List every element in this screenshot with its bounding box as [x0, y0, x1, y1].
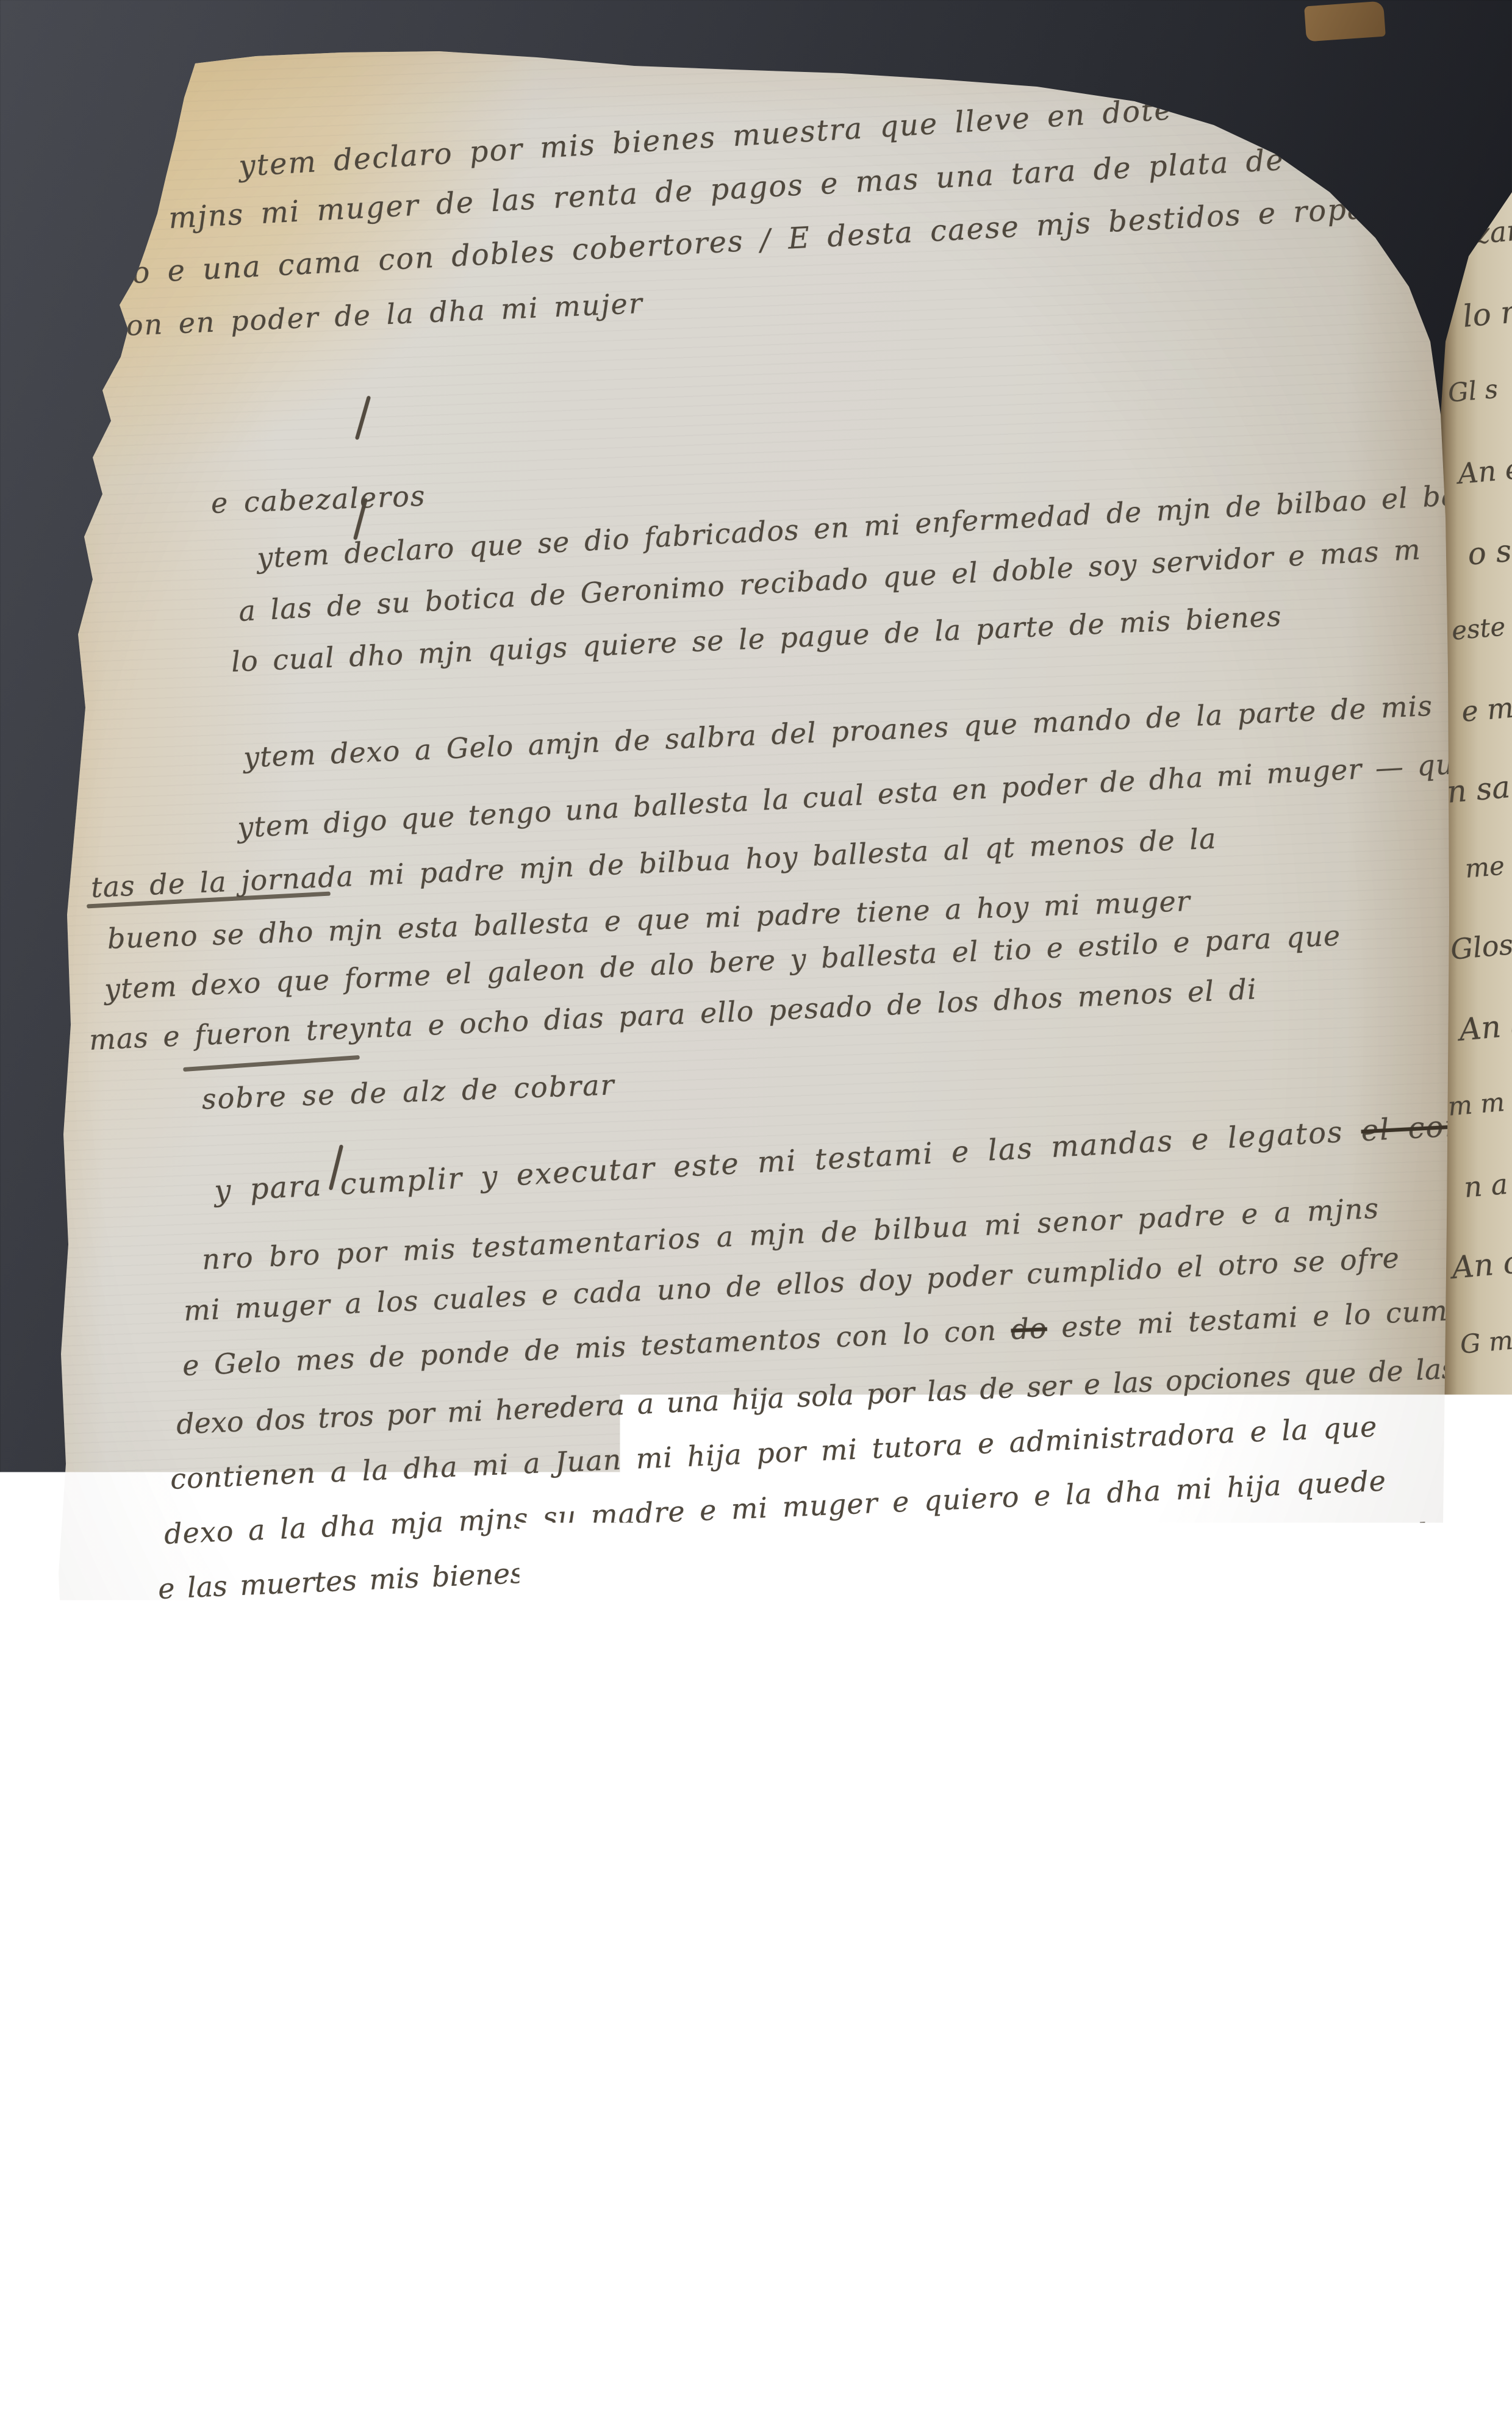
facing-page-text-fragment: Glos	[1449, 928, 1512, 966]
red-ink-speck	[637, 2, 665, 13]
struck-text: bas os	[1132, 1866, 1231, 1904]
manuscript-page: mjn de burbua ytem declaro por mis biene…	[0, 0, 1512, 2419]
margin-strike-mark	[183, 1055, 360, 1072]
facing-page-text-fragment: op mj	[1446, 2037, 1512, 2073]
facing-page-text-fragment: obie	[1456, 2276, 1512, 2311]
torn-paper-flap	[303, 2342, 448, 2412]
struck-text: e pero q	[1106, 1805, 1239, 1843]
manuscript-text-line: y para cumplir y executar este mi testam…	[213, 1106, 1504, 1208]
facing-page-text-fragment: An o	[1450, 1244, 1512, 1286]
facing-page-text-fragment: n mg	[1450, 2195, 1512, 2237]
facing-page-text-fragment: poi	[1453, 1960, 1503, 1999]
facing-page-text-fragment: Amores	[1444, 1638, 1512, 1680]
facing-page-text-fragment: jaee	[1460, 1880, 1512, 1918]
red-ink-speck	[434, 0, 453, 9]
text-segment: son en poder de la dha mi mujer	[110, 287, 644, 343]
photo-background: mey ns zanlo mGl sAn eo sestee mmn sameG…	[0, 0, 1512, 2419]
struck-text: bi del fabrica	[338, 1897, 546, 1939]
text-segment: e andres de ascona bs obispos buea	[544, 1871, 1133, 1929]
ink-layer: mjn de burbua ytem declaro por mis biene…	[0, 0, 1512, 2419]
text-segment: e para cumplir e exentar este mi testami…	[213, 344, 1036, 437]
facing-page-text-fragment: o s	[1466, 533, 1512, 572]
facing-page-text-fragment: m m	[1447, 1087, 1506, 1122]
manuscript-text-line: sobre se de alz de cobrar	[201, 1068, 615, 1116]
manuscript-text-line: son en poder de la dha mi mujer	[110, 287, 644, 343]
facing-page-text-fragment: An	[1448, 1406, 1489, 1442]
facing-page-text-fragment: este	[1450, 611, 1507, 645]
facing-page-text-fragment: s zan	[1450, 213, 1512, 253]
facing-page-text-fragment: G me	[1459, 1324, 1512, 1360]
struck-text: el contrado	[1033, 331, 1230, 379]
facing-page-text-fragment: lo m	[1461, 293, 1512, 334]
facing-page-text-fragment: me	[1464, 850, 1506, 883]
facing-page-text-fragment: e lo	[1452, 1563, 1501, 1597]
text-segment: e cabezaleros	[210, 479, 426, 520]
text-segment: sobre se de alz de cobrar	[201, 1068, 615, 1116]
facing-page-text-fragment: An de	[1459, 2115, 1512, 2155]
notarial-rubric-flourish	[1220, 2245, 1378, 2391]
facing-page-text-fragment: e mm	[1460, 689, 1512, 728]
facing-page-text-fragment: An a	[1458, 1006, 1512, 1048]
facing-page-text-fragment: An a	[1461, 1482, 1512, 1524]
text-segment: y para cumplir y executar este mi testam…	[213, 1114, 1362, 1208]
text-segment: este mi testami e lo cum	[1046, 1294, 1449, 1344]
facing-page-text-fragment: n a	[1463, 1167, 1509, 1204]
text-segment: dio de e lope	[119, 1905, 339, 1948]
facing-page-text-fragment: Gl ot	[1456, 1719, 1512, 1761]
struck-text: do	[1010, 1311, 1047, 1346]
facing-page-text-fragment: del di	[1448, 1799, 1512, 1835]
facing-page-text-fragment: n sa	[1446, 769, 1511, 810]
facing-page-text-fragment: bal	[1465, 2351, 1511, 2387]
text-segment: e Gelo mes de ponde de mis testamentos c…	[182, 1313, 1012, 1382]
manuscript-text-line: e cabezaleros	[210, 479, 426, 520]
struck-text: vina	[1116, 2126, 1169, 2156]
facing-page-text-fragment: Gl s	[1447, 374, 1499, 408]
facing-page-text-fragment: An e	[1456, 452, 1512, 490]
table-edge-sliver	[1304, 1, 1386, 42]
facing-page-text-fragment: mey n	[1459, 134, 1512, 170]
